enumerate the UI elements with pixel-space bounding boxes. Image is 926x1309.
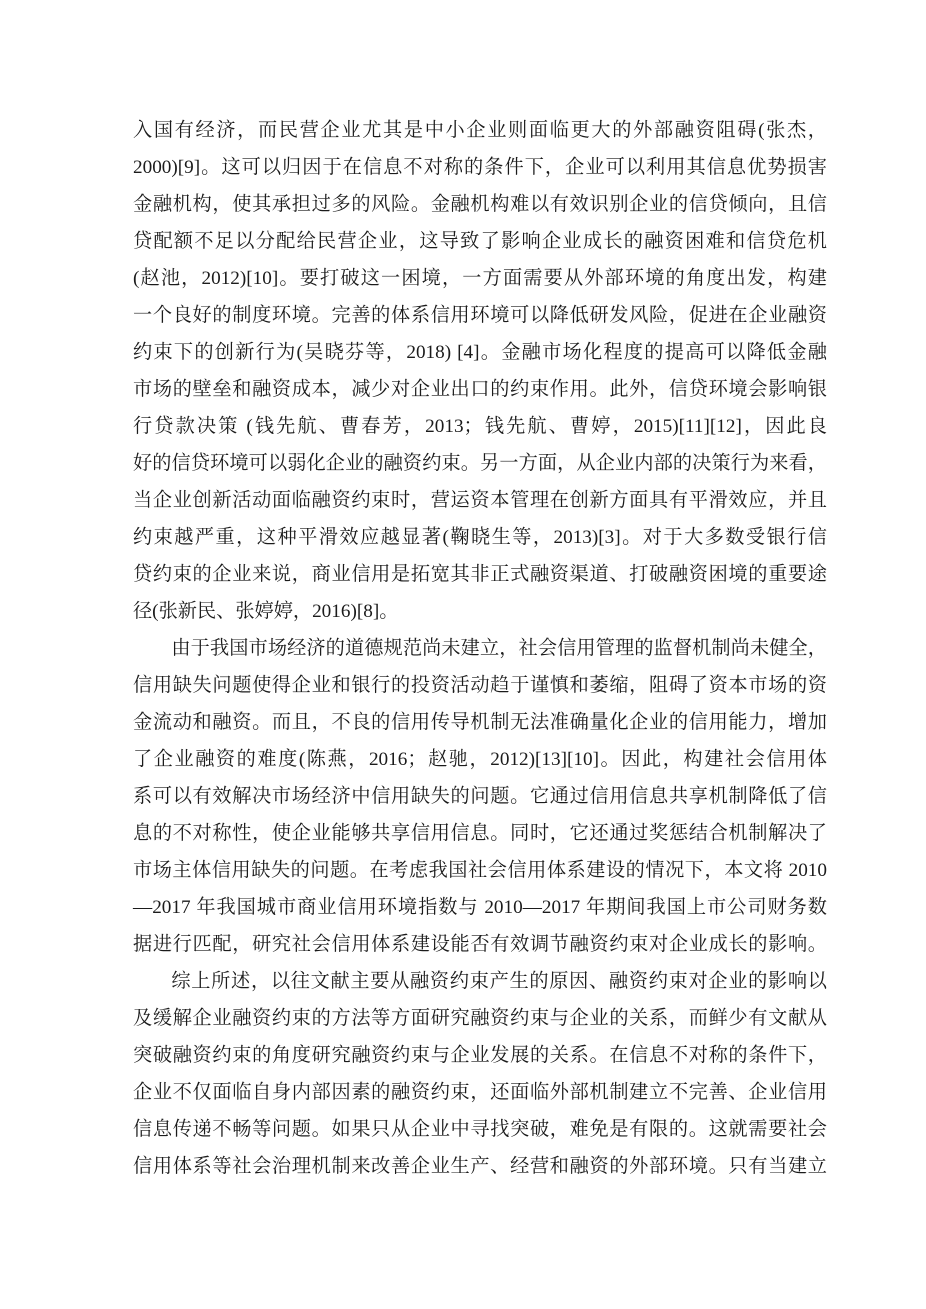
text-line: 综上所述，以往文献主要从融资约束产生的原因、融资约束对企业的影响以 xyxy=(133,963,827,1000)
paragraph: 入国有经济，而民营企业尤其是中小企业则面临更大的外部融资阻碍(张杰，2000)[… xyxy=(133,112,827,630)
text-line: (赵池，2012)[10]。要打破这一困境，一方面需要从外部环境的角度出发，构建 xyxy=(133,260,827,297)
text-line: 金流动和融资。而且，不良的信用传导机制无法准确量化企业的信用能力，增加 xyxy=(133,704,827,741)
text-line: 系可以有效解决市场经济中信用缺失的问题。它通过信用信息共享机制降低了信 xyxy=(133,778,827,815)
text-line: 贷约束的企业来说，商业信用是拓宽其非正式融资渠道、打破融资困境的重要途 xyxy=(133,556,827,593)
text-line: 市场主体信用缺失的问题。在考虑我国社会信用体系建设的情况下，本文将 2010 xyxy=(133,852,827,889)
document-page: 入国有经济，而民营企业尤其是中小企业则面临更大的外部融资阻碍(张杰，2000)[… xyxy=(0,0,926,1309)
text-line: 径(张新民、张婷婷，2016)[8]。 xyxy=(133,593,827,630)
text-line: 信用缺失问题使得企业和银行的投资活动趋于谨慎和萎缩，阻碍了资本市场的资 xyxy=(133,667,827,704)
text-line: 及缓解企业融资约束的方法等方面研究融资约束与企业的关系，而鲜少有文献从 xyxy=(133,1000,827,1037)
text-line: 据进行匹配，研究社会信用体系建设能否有效调节融资约束对企业成长的影响。 xyxy=(133,926,827,963)
text-line: 突破融资约束的角度研究融资约束与企业发展的关系。在信息不对称的条件下， xyxy=(133,1037,827,1074)
text-line: —2017 年我国城市商业信用环境指数与 2010—2017 年期间我国上市公司… xyxy=(133,889,827,926)
text-line: 由于我国市场经济的道德规范尚未建立，社会信用管理的监督机制尚未健全， xyxy=(133,630,827,667)
text-line: 企业不仅面临自身内部因素的融资约束，还面临外部机制建立不完善、企业信用 xyxy=(133,1074,827,1111)
text-line: 贷配额不足以分配给民营企业，这导致了影响企业成长的融资困难和信贷危机 xyxy=(133,223,827,260)
text-line: 当企业创新活动面临融资约束时，营运资本管理在创新方面具有平滑效应，并且 xyxy=(133,482,827,519)
text-line: 市场的壁垒和融资成本，减少对企业出口的约束作用。此外，信贷环境会影响银 xyxy=(133,371,827,408)
text-line: 金融机构，使其承担过多的风险。金融机构难以有效识别企业的信贷倾向，且信 xyxy=(133,186,827,223)
text-line: 好的信贷环境可以弱化企业的融资约束。另一方面，从企业内部的决策行为来看， xyxy=(133,445,827,482)
text-line: 息的不对称性，使企业能够共享信用信息。同时，它还通过奖惩结合机制解决了 xyxy=(133,815,827,852)
text-line: 2000)[9]。这可以归因于在信息不对称的条件下，企业可以利用其信息优势损害 xyxy=(133,149,827,186)
text-line: 信息传递不畅等问题。如果只从企业中寻找突破，难免是有限的。这就需要社会 xyxy=(133,1111,827,1148)
text-line: 信用体系等社会治理机制来改善企业生产、经营和融资的外部环境。只有当建立 xyxy=(133,1148,827,1185)
text-line: 约束下的创新行为(吴晓芬等，2018) [4]。金融市场化程度的提高可以降低金融 xyxy=(133,334,827,371)
text-line: 约束越严重，这种平滑效应越显著(鞠晓生等，2013)[3]。对于大多数受银行信 xyxy=(133,519,827,556)
text-line: 行贷款决策 (钱先航、曹春芳，2013；钱先航、曹婷，2015)[11][12]… xyxy=(133,408,827,445)
page-text-block: 入国有经济，而民营企业尤其是中小企业则面临更大的外部融资阻碍(张杰，2000)[… xyxy=(133,112,827,1185)
text-line: 了企业融资的难度(陈燕，2016；赵驰，2012)[13][10]。因此，构建社… xyxy=(133,741,827,778)
paragraph: 由于我国市场经济的道德规范尚未建立，社会信用管理的监督机制尚未健全，信用缺失问题… xyxy=(133,630,827,963)
paragraph: 综上所述，以往文献主要从融资约束产生的原因、融资约束对企业的影响以及缓解企业融资… xyxy=(133,963,827,1185)
text-line: 入国有经济，而民营企业尤其是中小企业则面临更大的外部融资阻碍(张杰， xyxy=(133,112,827,149)
text-line: 一个良好的制度环境。完善的体系信用环境可以降低研发风险，促进在企业融资 xyxy=(133,297,827,334)
